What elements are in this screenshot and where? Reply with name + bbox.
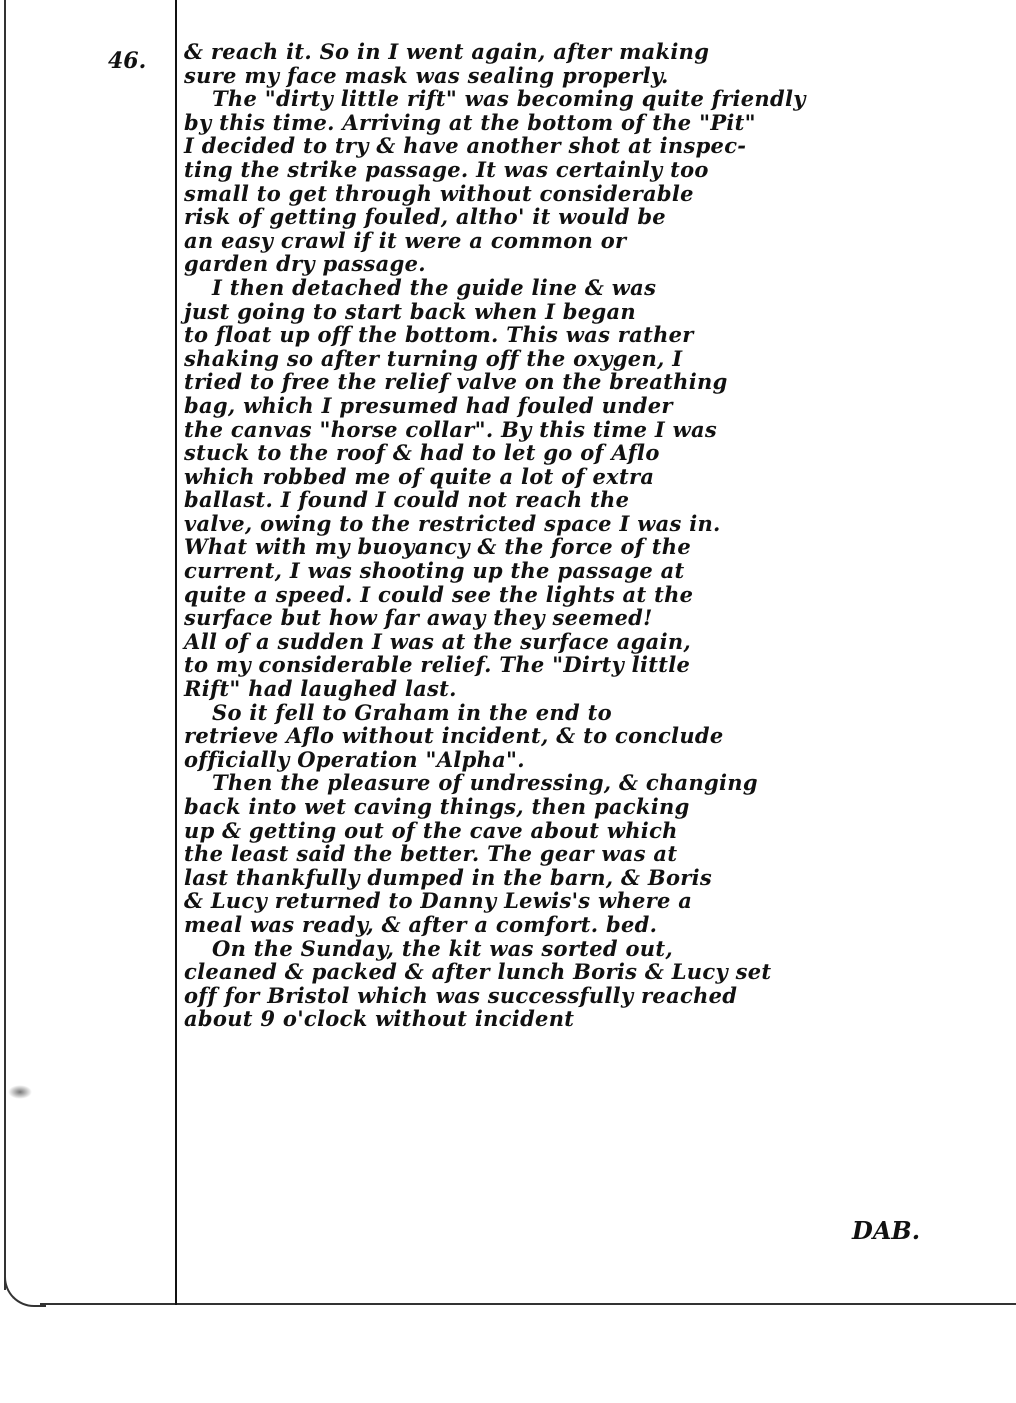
text-line: risk of getting fouled, altho' it would … xyxy=(184,205,1004,229)
text-line: On the Sunday, the kit was sorted out, xyxy=(184,937,1004,961)
text-line: Then the pleasure of undressing, & chang… xyxy=(184,771,1004,795)
text-line: current, I was shooting up the passage a… xyxy=(184,559,1004,583)
text-line: just going to start back when I began xyxy=(184,300,1004,324)
text-line: garden dry passage. xyxy=(184,252,1004,276)
text-line: up & getting out of the cave about which xyxy=(184,819,1004,843)
text-line: about 9 o'clock without incident xyxy=(184,1007,1004,1031)
author-initials: DAB. xyxy=(852,1216,920,1245)
text-line: What with my buoyancy & the force of the xyxy=(184,535,1004,559)
text-line: stuck to the roof & had to let go of Afl… xyxy=(184,441,1004,465)
text-line: The "dirty little rift" was becoming qui… xyxy=(184,87,1004,111)
text-line: Rift" had laughed last. xyxy=(184,677,1004,701)
text-line: I decided to try & have another shot at … xyxy=(184,134,1004,158)
text-line: ting the strike passage. It was certainl… xyxy=(184,158,1004,182)
ink-smudge xyxy=(8,1085,32,1099)
text-line: small to get through without considerabl… xyxy=(184,182,1004,206)
page-bottom-edge xyxy=(40,1303,1016,1305)
text-line: the canvas "horse collar". By this time … xyxy=(184,418,1004,442)
text-line: All of a sudden I was at the surface aga… xyxy=(184,630,1004,654)
text-line: which robbed me of quite a lot of extra xyxy=(184,465,1004,489)
text-line: ballast. I found I could not reach the xyxy=(184,488,1004,512)
text-line: off for Bristol which was successfully r… xyxy=(184,984,1004,1008)
text-line: quite a speed. I could see the lights at… xyxy=(184,583,1004,607)
text-line: by this time. Arriving at the bottom of … xyxy=(184,111,1004,135)
text-line: cleaned & packed & after lunch Boris & L… xyxy=(184,960,1004,984)
page-corner-curve xyxy=(4,1255,46,1307)
text-line: an easy crawl if it were a common or xyxy=(184,229,1004,253)
text-line: last thankfully dumped in the barn, & Bo… xyxy=(184,866,1004,890)
text-line: officially Operation "Alpha". xyxy=(184,748,1004,772)
text-line: & Lucy returned to Danny Lewis's where a xyxy=(184,889,1004,913)
text-line: to float up off the bottom. This was rat… xyxy=(184,323,1004,347)
text-line: surface but how far away they seemed! xyxy=(184,606,1004,630)
text-line: So it fell to Graham in the end to xyxy=(184,701,1004,725)
page-left-edge xyxy=(4,0,6,1290)
text-line: tried to free the relief valve on the br… xyxy=(184,370,1004,394)
text-line: I then detached the guide line & was xyxy=(184,276,1004,300)
text-line: back into wet caving things, then packin… xyxy=(184,795,1004,819)
page-number: 46. xyxy=(108,48,146,74)
text-line: meal was ready, & after a comfort. bed. xyxy=(184,913,1004,937)
text-line: valve, owing to the restricted space I w… xyxy=(184,512,1004,536)
text-line: bag, which I presumed had fouled under xyxy=(184,394,1004,418)
diary-page: 46. & reach it. So in I went again, afte… xyxy=(0,0,1016,1403)
text-line: to my considerable relief. The "Dirty li… xyxy=(184,653,1004,677)
text-line: retrieve Aflo without incident, & to con… xyxy=(184,724,1004,748)
text-line: & reach it. So in I went again, after ma… xyxy=(184,40,1004,64)
text-line: sure my face mask was sealing properly. xyxy=(184,64,1004,88)
handwritten-body: & reach it. So in I went again, after ma… xyxy=(184,40,1004,1031)
text-line: the least said the better. The gear was … xyxy=(184,842,1004,866)
text-line: shaking so after turning off the oxygen,… xyxy=(184,347,1004,371)
margin-rule xyxy=(175,0,177,1305)
